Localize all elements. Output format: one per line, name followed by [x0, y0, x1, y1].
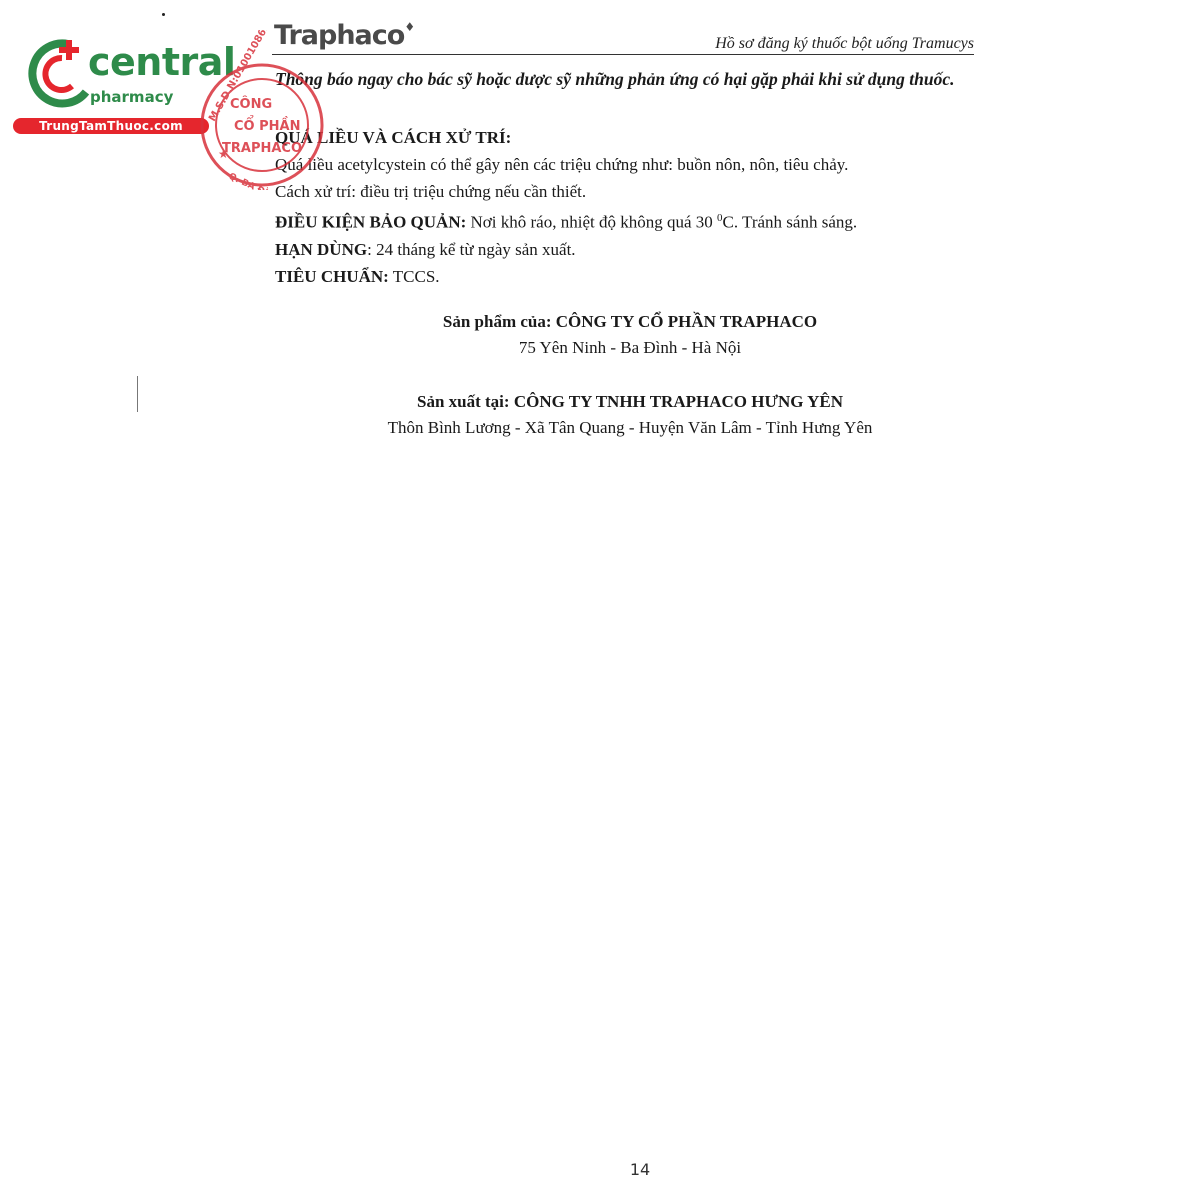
svg-text:CÔNG: CÔNG — [230, 96, 272, 112]
made-at-line: Sản xuất tại: CÔNG TY TNHH TRAPHACO HƯNG… — [300, 392, 960, 412]
expiry-line: HẠN DÙNG: 24 tháng kể từ ngày sản xuất. — [275, 236, 975, 263]
svg-text:CỔ PHẦN: CỔ PHẦN — [234, 116, 300, 134]
made-at-address: Thôn Bình Lương - Xã Tân Quang - Huyện V… — [300, 418, 960, 438]
manufacturer-owner: Sản phẩm của: CÔNG TY CỔ PHẦN TRAPHACO 7… — [300, 312, 960, 358]
overdose-heading: QUÁ LIỀU VÀ CÁCH XỬ TRÍ: — [275, 124, 975, 151]
watermark-site-link[interactable]: TrungTamThuoc.com — [13, 118, 209, 134]
adverse-reaction-warning: Thông báo ngay cho bác sỹ hoặc dược sỹ n… — [275, 66, 975, 93]
company-stamp-icon: CÔNG CỔ PHẦN TRAPHACO M.S.D.N:0100108656… — [200, 30, 325, 190]
margin-mark — [137, 376, 138, 412]
product-of-address: 75 Yên Ninh - Ba Đình - Hà Nội — [300, 338, 960, 358]
watermark-subtitle: pharmacy — [90, 88, 173, 106]
treatment-text: Cách xử trí: điều trị triệu chứng nếu cầ… — [275, 178, 975, 205]
storage-line: ĐIỀU KIỆN BẢO QUẢN: Nơi khô ráo, nhiệt đ… — [275, 205, 975, 236]
scan-dot — [162, 13, 165, 16]
svg-text:★: ★ — [218, 147, 229, 161]
page-number: 14 — [600, 1160, 680, 1179]
svg-text:TRAPHACO: TRAPHACO — [222, 141, 302, 156]
overdose-text: Quá liều acetylcystein có thể gây nên cá… — [275, 151, 975, 178]
product-of-line: Sản phẩm của: CÔNG TY CỔ PHẦN TRAPHACO — [300, 312, 960, 332]
standard-line: TIÊU CHUẨN: TCCS. — [275, 263, 975, 290]
overdose-section: QUÁ LIỀU VÀ CÁCH XỬ TRÍ: Quá liều acetyl… — [275, 124, 975, 290]
svg-text:Q. BA ĐÌNH: Q. BA ĐÌNH — [227, 170, 284, 190]
document-header-title: Hồ sơ đăng ký thuốc bột uống Tramucys — [715, 35, 974, 53]
header-divider — [272, 54, 974, 55]
manufacturing-site: Sản xuất tại: CÔNG TY TNHH TRAPHACO HƯNG… — [300, 392, 960, 438]
